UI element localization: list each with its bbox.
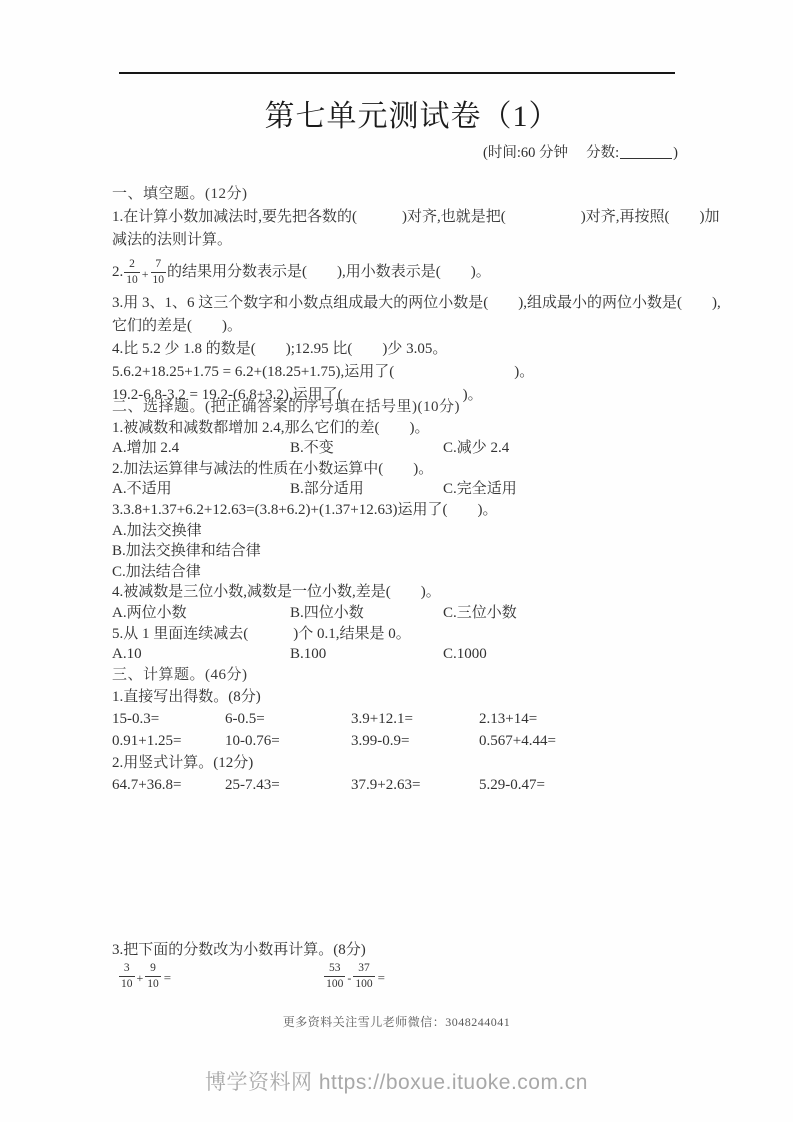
footer-site-watermark: 博学资料网 https://boxue.ituoke.com.cn	[0, 1066, 793, 1096]
fraction-denominator: 100	[324, 976, 345, 991]
fill-q2-text: 的结果用分数表示是( ),用小数表示是( )。	[167, 261, 491, 284]
fraction-denominator: 10	[145, 976, 161, 991]
choice-q2-option-c: C.完全适用	[443, 479, 682, 500]
time-score-line: (时间:60 分钟 分数:)	[112, 141, 678, 162]
vertical-calc-row: 64.7+36.8= 25-7.43= 37.9+2.63= 5.29-0.47…	[112, 774, 682, 796]
choice-q3-option-b: B.加法交换律和结合律	[112, 541, 682, 562]
mental-calc-item: 0.567+4.44=	[479, 730, 682, 752]
choice-q1-option-a: A.增加 2.4	[112, 438, 290, 459]
choice-q1: 1.被减数和减数都增加 2.4,那么它们的差( )。	[112, 418, 682, 439]
fraction-numerator: 37	[358, 961, 370, 975]
calc-section-heading: 三、计算题。(46分)	[112, 664, 682, 686]
choice-q5-options: A.10 B.100 C.1000	[112, 644, 682, 665]
plus-operator: +	[137, 971, 144, 986]
top-divider-line	[119, 72, 675, 74]
mental-calc-row-2: 0.91+1.25= 10-0.76= 3.99-0.9= 0.567+4.44…	[112, 730, 682, 752]
score-blank	[620, 144, 672, 159]
choice-q1-options: A.增加 2.4 B.不变 C.减少 2.4	[112, 438, 682, 459]
choice-q4-option-a: A.两位小数	[112, 603, 290, 624]
choice-q4-options: A.两位小数 B.四位小数 C.三位小数	[112, 603, 682, 624]
choice-section-heading: 二、选择题。(把正确答案的序号填在括号里)(10分)	[112, 397, 682, 418]
fraction-calc-row: 310 + 910 = 53100 - 37100 =	[118, 960, 385, 992]
fraction: 210	[124, 257, 140, 287]
fraction-expression-1: 310 + 910 =	[118, 961, 171, 991]
plus-operator: +	[142, 263, 149, 286]
fraction-expression-2: 53100 - 37100 =	[323, 961, 385, 991]
time-score-prefix: (时间:60 分钟 分数:	[483, 145, 619, 161]
mental-calc-row-1: 15-0.3= 6-0.5= 3.9+12.1= 2.13+14=	[112, 708, 682, 730]
fraction-numerator: 2	[129, 257, 135, 271]
fraction-numerator: 53	[329, 961, 341, 975]
choice-q1-option-b: B.不变	[290, 438, 443, 459]
fill-q2-number: 2.	[112, 261, 123, 284]
choice-q3-option-a: A.加法交换律	[112, 521, 682, 542]
fraction: 710	[151, 257, 167, 287]
fill-q3-line1: 3.用 3、1、6 这三个数字和小数点组成最大的两位小数是( ),组成最小的两位…	[112, 292, 682, 315]
choice-q5-option-a: A.10	[112, 644, 290, 665]
mental-calc-item: 10-0.76=	[225, 730, 351, 752]
fraction-denominator: 10	[151, 272, 167, 287]
fill-q3-line2: 它们的差是( )。	[112, 315, 682, 338]
fraction: 310	[119, 961, 135, 991]
mental-calc-item: 15-0.3=	[112, 708, 225, 730]
fraction-numerator: 3	[124, 961, 130, 975]
choice-q1-option-c: C.减少 2.4	[443, 438, 682, 459]
fill-section-heading: 一、填空题。(12分)	[112, 183, 682, 206]
choice-q2-option-b: B.部分适用	[290, 479, 443, 500]
fraction-numerator: 7	[155, 257, 161, 271]
paper-title: 第七单元测试卷（1）	[112, 96, 678, 138]
fraction: 910	[145, 961, 161, 991]
mental-calc-item: 6-0.5=	[225, 708, 351, 730]
minus-operator: -	[347, 971, 351, 986]
mental-calc-item: 0.91+1.25=	[112, 730, 225, 752]
mental-calc-item: 3.99-0.9=	[351, 730, 479, 752]
choice-q4-option-b: B.四位小数	[290, 603, 443, 624]
fill-q5-line1: 5.6.2+18.25+1.75 = 6.2+(18.25+1.75),运用了(…	[112, 361, 682, 384]
section-multiple-choice: 二、选择题。(把正确答案的序号填在括号里)(10分) 1.被减数和减数都增加 2…	[112, 397, 682, 665]
vertical-calc-item: 5.29-0.47=	[479, 774, 682, 796]
equals-sign: =	[164, 970, 171, 986]
choice-q5: 5.从 1 里面连续减去( )个 0.1,结果是 0。	[112, 624, 682, 645]
fill-q4: 4.比 5.2 少 1.8 的数是( );12.95 比( )少 3.05。	[112, 338, 682, 361]
vertical-calc-item: 37.9+2.63=	[351, 774, 479, 796]
fill-q1-line2: 减法的法则计算。	[112, 229, 682, 252]
mental-calc-item: 2.13+14=	[479, 708, 682, 730]
fraction-denominator: 100	[353, 976, 374, 991]
section-fill-in-blanks: 一、填空题。(12分) 1.在计算小数加减法时,要先把各数的( )对齐,也就是把…	[112, 183, 682, 407]
choice-q5-option-b: B.100	[290, 644, 443, 665]
choice-q2-options: A.不适用 B.部分适用 C.完全适用	[112, 479, 682, 500]
equals-sign: =	[378, 970, 385, 986]
choice-q4-option-c: C.三位小数	[443, 603, 682, 624]
fraction-denominator: 10	[119, 976, 135, 991]
mental-calc-item: 3.9+12.1=	[351, 708, 479, 730]
test-paper-page: 第七单元测试卷（1） (时间:60 分钟 分数:) 一、填空题。(12分) 1.…	[0, 0, 793, 1122]
choice-q3: 3.3.8+1.37+6.2+12.63=(3.8+6.2)+(1.37+12.…	[112, 500, 682, 521]
choice-q5-option-c: C.1000	[443, 644, 682, 665]
calc-sub3-heading: 3.把下面的分数改为小数再计算。(8分)	[112, 938, 366, 959]
fill-q2: 2. 210 + 710 的结果用分数表示是( ),用小数表示是( )。	[112, 252, 682, 292]
time-score-suffix: )	[673, 145, 678, 161]
vertical-calc-item: 25-7.43=	[225, 774, 351, 796]
vertical-calc-item: 64.7+36.8=	[112, 774, 225, 796]
fraction-numerator: 9	[150, 961, 156, 975]
fraction-denominator: 10	[124, 272, 140, 287]
footer-wechat-note: 更多资料关注雪儿老师微信：3048244041	[0, 1013, 793, 1030]
section-calculation: 三、计算题。(46分) 1.直接写出得数。(8分) 15-0.3= 6-0.5=…	[112, 664, 682, 796]
fill-q1-line1: 1.在计算小数加减法时,要先把各数的( )对齐,也就是把( )对齐,再按照( )…	[112, 206, 682, 229]
calc-sub1-heading: 1.直接写出得数。(8分)	[112, 686, 682, 708]
fraction: 53100	[324, 961, 345, 991]
fraction: 37100	[353, 961, 374, 991]
choice-q4: 4.被减数是三位小数,减数是一位小数,差是( )。	[112, 582, 682, 603]
choice-q2-option-a: A.不适用	[112, 479, 290, 500]
choice-q2: 2.加法运算律与减法的性质在小数运算中( )。	[112, 459, 682, 480]
calc-sub2-heading: 2.用竖式计算。(12分)	[112, 752, 682, 774]
choice-q3-option-c: C.加法结合律	[112, 562, 682, 583]
